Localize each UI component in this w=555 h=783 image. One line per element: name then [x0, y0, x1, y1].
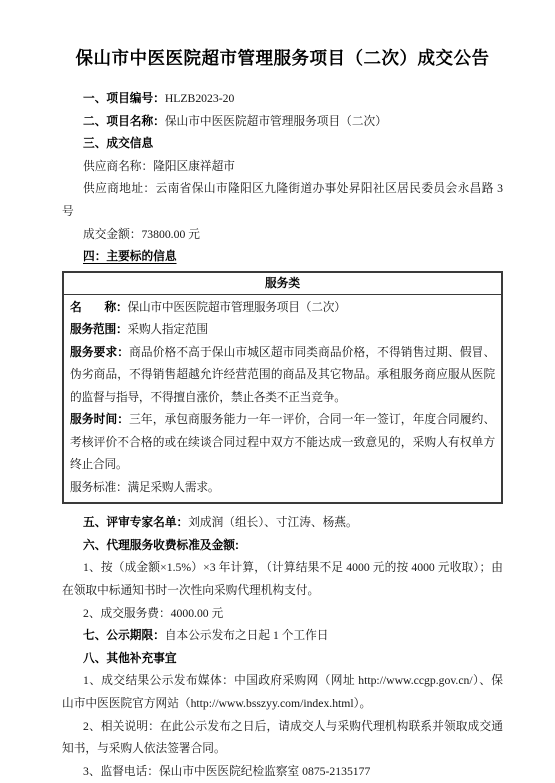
- project-name-label: 二、项目名称：: [83, 115, 165, 128]
- other-matters-heading: 八、其他补充事宜: [62, 648, 503, 671]
- project-number-label: 一、项目编号：: [83, 92, 165, 105]
- service-table-header: 服务类: [64, 273, 501, 295]
- table-row-requirements-label: 服务要求：: [70, 346, 129, 359]
- deal-amount-line: 成交金额：73800.00 元: [62, 224, 503, 247]
- supplier-name-line: 供应商名称：隆阳区康祥超市: [62, 156, 503, 179]
- table-row-name-value: 保山市中医医院超市管理服务项目（二次）: [127, 301, 345, 314]
- subject-info-heading: 四：主要标的信息: [62, 246, 503, 269]
- supervision-phone-para: 3、监督电话：保山市中医医院纪检监察室 0875-2135177: [62, 761, 503, 783]
- deal-info-heading-text: 三、成交信息: [83, 137, 153, 150]
- expert-list-value: 刘成润（组长）、寸江涛、杨燕。: [188, 516, 357, 529]
- deal-amount-label: 成交金额：: [83, 228, 141, 241]
- table-row-scope: 服务范围：采购人指定范围: [70, 319, 495, 342]
- table-row-standard: 服务标准：满足采购人需求。: [70, 477, 495, 500]
- related-note-para: 2、相关说明：在此公示发布之日后，请成交人与采购代理机构联系并领取成交通知书，与…: [62, 716, 503, 761]
- table-row-name-label: 名 称：: [70, 301, 127, 314]
- document-page: 保山市中医医院超市管理服务项目（二次）成交公告 一、项目编号：HLZB2023-…: [0, 0, 555, 783]
- publish-media-para: 1、成交结果公示发布媒体：中国政府采购网（网址 http://www.ccgp.…: [62, 670, 503, 715]
- deal-service-fee-para: 2、成交服务费：4000.00 元: [62, 603, 503, 626]
- supplier-address-line: 供应商地址：云南省保山市隆阳区九隆街道办事处昇阳社区居民委员会永昌路 3 号: [62, 178, 503, 223]
- table-row-duration: 服务时间：三年，承包商服务能力一年一评价，合同一年一签订，年度合同履约、考核评价…: [70, 409, 495, 477]
- supplier-address-label: 供应商地址：: [83, 182, 156, 195]
- page-title: 保山市中医医院超市管理服务项目（二次）成交公告: [62, 46, 503, 70]
- table-row-name: 名 称：保山市中医医院超市管理服务项目（二次）: [70, 297, 495, 320]
- table-row-requirements-value: 商品价格不高于保山市城区超市同类商品价格，不得销售过期、假冒、伪劣商品，不得销售…: [70, 346, 495, 404]
- supplier-name-label: 供应商名称：: [83, 160, 153, 173]
- service-table-body: 名 称：保山市中医医院超市管理服务项目（二次） 服务范围：采购人指定范围 服务要…: [64, 295, 501, 503]
- deal-amount-value: 73800.00 元: [141, 228, 199, 241]
- publicity-period-value: 自本公示发布之日起 1 个工作日: [165, 629, 329, 642]
- publicity-period-line: 七、公示期限：自本公示发布之日起 1 个工作日: [62, 625, 503, 648]
- table-row-standard-label: 服务标准：: [70, 481, 127, 494]
- expert-list-line: 五、评审专家名单：刘成润（组长）、寸江涛、杨燕。: [62, 512, 503, 535]
- publicity-period-label: 七、公示期限：: [83, 629, 165, 642]
- table-row-scope-value: 采购人指定范围: [127, 323, 207, 336]
- agency-fee-calc-para: 1、按（成金额×1.5%）×3 年计算，（计算结果不足 4000 元的按 400…: [62, 557, 503, 602]
- project-name-line: 二、项目名称：保山市中医医院超市管理服务项目（二次）: [62, 111, 503, 134]
- table-row-standard-value: 满足采购人需求。: [127, 481, 219, 494]
- service-table: 服务类 名 称：保山市中医医院超市管理服务项目（二次） 服务范围：采购人指定范围…: [62, 271, 503, 505]
- table-row-scope-label: 服务范围：: [70, 323, 127, 336]
- expert-list-label: 五、评审专家名单：: [83, 516, 188, 529]
- supplier-name-value: 隆阳区康祥超市: [153, 160, 235, 173]
- table-row-requirements: 服务要求：商品价格不高于保山市城区超市同类商品价格，不得销售过期、假冒、伪劣商品…: [70, 342, 495, 410]
- agency-fee-heading-text: 六、代理服务收费标准及金额:: [83, 539, 239, 552]
- other-matters-heading-text: 八、其他补充事宜: [83, 652, 177, 665]
- deal-info-heading: 三、成交信息: [62, 133, 503, 156]
- table-row-duration-label: 服务时间：: [70, 413, 129, 426]
- project-number-line: 一、项目编号：HLZB2023-20: [62, 88, 503, 111]
- subject-info-heading-text: 四：主要标的信息: [83, 250, 177, 263]
- project-number-value: HLZB2023-20: [165, 92, 234, 105]
- table-row-duration-value: 三年，承包商服务能力一年一评价，合同一年一签订，年度合同履约、考核评价不合格的或…: [70, 413, 495, 471]
- agency-fee-heading: 六、代理服务收费标准及金额:: [62, 535, 503, 558]
- project-name-value: 保山市中医医院超市管理服务项目（二次）: [165, 115, 387, 128]
